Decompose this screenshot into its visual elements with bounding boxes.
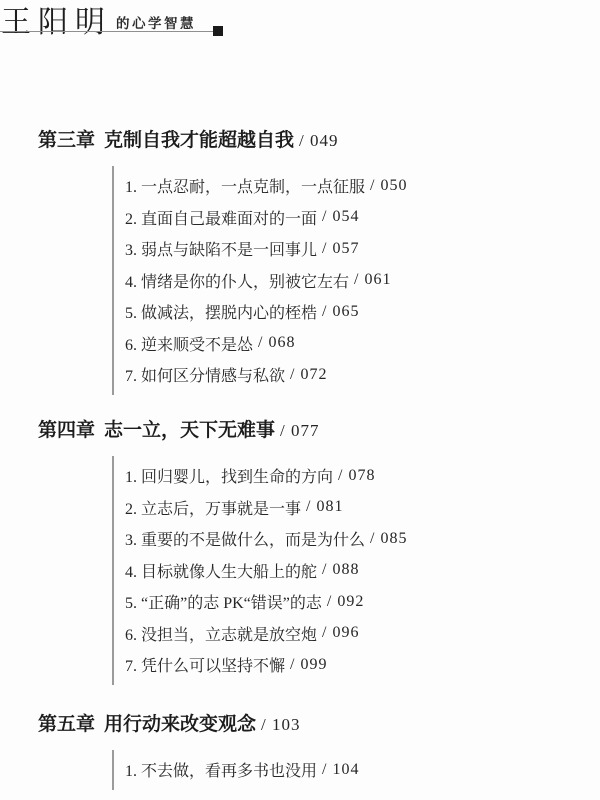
chapter-section-3: 第三章克制自我才能超越自我/ 049 1. 一点忍耐，一点克制，一点征服 / 0… (0, 130, 600, 395)
toc-item-text: 3. 弱点与缺陷不是一回事儿 (125, 237, 317, 260)
chapter-title: 志一立，天下无难事 (104, 420, 275, 441)
toc-item-page: / 078 (338, 467, 375, 485)
toc-item: 4. 目标就像人生大船上的舵 / 088 (125, 555, 600, 587)
toc-item-page: / 068 (258, 334, 295, 352)
toc-item: 1. 回归婴儿，找到生命的方向 / 078 (125, 460, 600, 492)
chapter-label: 第四章 (38, 420, 95, 441)
toc-item-text: 5. 做减法，摆脱内心的桎梏 (125, 300, 317, 323)
toc-item-text: 1. 回归婴儿，找到生命的方向 (125, 464, 333, 487)
toc-item-page: / 088 (322, 561, 359, 579)
chapter-page-number: / 077 (280, 421, 319, 440)
toc-item: 7. 如何区分情感与私欲 / 072 (125, 359, 600, 391)
toc-item: 2. 直面自己最难面对的一面 / 054 (125, 202, 600, 234)
toc-item-page: / 085 (370, 530, 407, 548)
toc-item-text: 5. “正确”的志 PK“错误”的志 (125, 590, 322, 613)
toc-item-text: 1. 不去做，看再多书也没用 (125, 758, 317, 781)
chapter-title: 用行动来改变观念 (104, 714, 256, 735)
chapter-page-number: / 103 (261, 715, 300, 734)
chapter-item-list: 1. 不去做，看再多书也没用 / 104 (112, 750, 600, 790)
toc-item: 3. 弱点与缺陷不是一回事儿 / 057 (125, 233, 600, 265)
header-rule-line (0, 31, 219, 32)
chapter-heading: 第四章志一立，天下无难事/ 077 (38, 420, 600, 442)
chapter-section-5: 第五章用行动来改变观念/ 103 1. 不去做，看再多书也没用 / 104 (0, 714, 600, 790)
toc-item: 4. 情绪是你的仆人，别被它左右 / 061 (125, 265, 600, 297)
book-title: 王阳明 (1, 0, 112, 41)
chapter-label: 第五章 (38, 714, 95, 735)
toc-item: 1. 不去做，看再多书也没用 / 104 (125, 754, 600, 786)
toc-item-text: 4. 目标就像人生大船上的舵 (125, 559, 317, 582)
toc-item-page: / 054 (322, 208, 359, 226)
toc-item: 7. 凭什么可以坚持不懈 / 099 (125, 649, 600, 681)
toc-item-page: / 096 (322, 624, 359, 642)
book-subtitle: 的心学智慧 (116, 12, 196, 32)
toc-item-page: / 050 (370, 177, 407, 195)
chapter-heading: 第三章克制自我才能超越自我/ 049 (38, 130, 600, 152)
toc-item-page: / 057 (322, 240, 359, 258)
toc-item: 5. 做减法，摆脱内心的桎梏 / 065 (125, 296, 600, 328)
toc-item-text: 7. 如何区分情感与私欲 (125, 363, 285, 386)
toc-item-text: 3. 重要的不是做什么，而是为什么 (125, 527, 365, 550)
toc-item-page: / 061 (354, 271, 391, 289)
chapter-heading: 第五章用行动来改变观念/ 103 (38, 714, 600, 736)
header-rule-end-square-icon (213, 26, 223, 36)
chapter-item-list: 1. 回归婴儿，找到生命的方向 / 078 2. 立志后，万事就是一事 / 08… (112, 456, 600, 685)
chapter-section-4: 第四章志一立，天下无难事/ 077 1. 回归婴儿，找到生命的方向 / 078 … (0, 420, 600, 685)
toc-item-text: 4. 情绪是你的仆人，别被它左右 (125, 269, 349, 292)
book-toc-page: 王阳明 的心学智慧 第三章克制自我才能超越自我/ 049 1. 一点忍耐，一点克… (0, 0, 600, 800)
toc-item-page: / 099 (290, 656, 327, 674)
chapter-title: 克制自我才能超越自我 (104, 130, 294, 151)
toc-item-text: 2. 直面自己最难面对的一面 (125, 206, 317, 229)
toc-item-text: 6. 没担当，立志就是放空炮 (125, 622, 317, 645)
toc-item-page: / 081 (306, 498, 343, 516)
toc-item-page: / 065 (322, 303, 359, 321)
toc-item: 1. 一点忍耐，一点克制，一点征服 / 050 (125, 170, 600, 202)
toc-item: 2. 立志后，万事就是一事 / 081 (125, 492, 600, 524)
toc-item: 5. “正确”的志 PK“错误”的志 / 092 (125, 586, 600, 618)
chapter-page-number: / 049 (299, 131, 338, 150)
toc-item-text: 7. 凭什么可以坚持不懈 (125, 653, 285, 676)
toc-item-page: / 104 (322, 761, 359, 779)
toc-item-page: / 092 (327, 593, 364, 611)
toc-item-text: 2. 立志后，万事就是一事 (125, 496, 301, 519)
toc-item-text: 1. 一点忍耐，一点克制，一点征服 (125, 174, 365, 197)
toc-item: 6. 逆来顺受不是怂 / 068 (125, 328, 600, 360)
toc-item: 3. 重要的不是做什么，而是为什么 / 085 (125, 523, 600, 555)
chapter-item-list: 1. 一点忍耐，一点克制，一点征服 / 050 2. 直面自己最难面对的一面 /… (112, 166, 600, 395)
toc-item: 6. 没担当，立志就是放空炮 / 096 (125, 618, 600, 650)
toc-item-text: 6. 逆来顺受不是怂 (125, 332, 253, 355)
toc-item-page: / 072 (290, 366, 327, 384)
chapter-label: 第三章 (38, 130, 95, 151)
